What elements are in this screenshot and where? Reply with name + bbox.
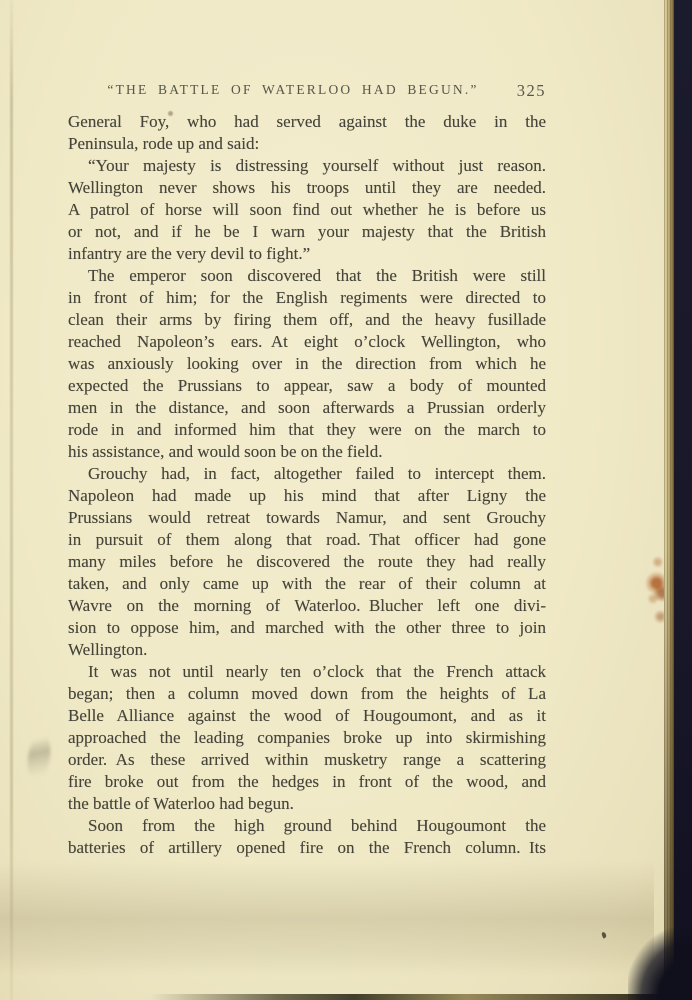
- text-line: in front of him; for the English regimen…: [68, 287, 546, 309]
- text-line: Wellington never shows his troops until …: [68, 177, 546, 199]
- text-line: men in the distance, and soon afterwards…: [68, 397, 546, 419]
- text-line: in pursuit of them along that road. That…: [68, 529, 546, 551]
- text-line: expected the Prussians to appear, saw a …: [68, 375, 546, 397]
- bottom-right-shadow: [628, 928, 692, 1000]
- text-line: It was not until nearly ten o’clock that…: [68, 661, 546, 683]
- text-line: Wellington.: [68, 639, 546, 661]
- dark-backdrop: [674, 0, 692, 1000]
- text-line: Wavre on the morning of Waterloo. Bluche…: [68, 595, 546, 617]
- text-line: Peninsula, rode up and said:: [68, 133, 546, 155]
- text-line: A patrol of horse will soon find out whe…: [68, 199, 546, 221]
- text-line: Napoleon had made up his mind that after…: [68, 485, 546, 507]
- text-line: began; then a column moved down from the…: [68, 683, 546, 705]
- text-line: was anxiously looking over in the direct…: [68, 353, 546, 375]
- smudge-mark: [25, 732, 53, 783]
- page-paper: “THE BATTLE OF WATERLOO HAD BEGUN.” 325 …: [0, 0, 674, 1000]
- page-number: 325: [517, 81, 546, 101]
- text-line: Prussians would retreat towards Namur, a…: [68, 507, 546, 529]
- header-title: “THE BATTLE OF WATERLOO HAD BEGUN.”: [68, 82, 546, 98]
- text-line: taken, and only came up with the rear of…: [68, 573, 546, 595]
- text-line: his assistance, and would soon be on the…: [68, 441, 546, 463]
- page-content: “THE BATTLE OF WATERLOO HAD BEGUN.” 325 …: [68, 82, 546, 859]
- text-line: General Foy, who had served against the …: [68, 111, 546, 133]
- text-line: Grouchy had, in fact, altogether failed …: [68, 463, 546, 485]
- text-line: fire broke out from the hedges in front …: [68, 771, 546, 793]
- text-line: reached Napoleon’s ears. At eight o’cloc…: [68, 331, 546, 353]
- text-line: order. As these arrived within musketry …: [68, 749, 546, 771]
- text-line: rode in and informed him that they were …: [68, 419, 546, 441]
- text-line: approached the leading companies broke u…: [68, 727, 546, 749]
- text-line: “Your majesty is distressing yourself wi…: [68, 155, 546, 177]
- running-header: “THE BATTLE OF WATERLOO HAD BEGUN.” 325: [68, 82, 546, 99]
- text-line: The emperor soon discovered that the Bri…: [68, 265, 546, 287]
- book-page-scan: “THE BATTLE OF WATERLOO HAD BEGUN.” 325 …: [0, 0, 692, 1000]
- text-line: many miles before he discovered the rout…: [68, 551, 546, 573]
- bottom-shadow: [0, 861, 654, 976]
- text-line: Soon from the high ground behind Hougoum…: [68, 815, 546, 837]
- text-line: sion to oppose him, and marched with the…: [68, 617, 546, 639]
- gutter-crease: [10, 0, 13, 1000]
- text-line: infantry are the very devil to fight.”: [68, 243, 546, 265]
- text-line: batteries of artillery opened fire on th…: [68, 837, 546, 859]
- page-stack-edge: [664, 0, 674, 1000]
- text-line: clean their arms by firing them off, and…: [68, 309, 546, 331]
- text-line: the battle of Waterloo had begun.: [68, 793, 546, 815]
- text-line: or not, and if he be I warn your majesty…: [68, 221, 546, 243]
- bottom-page-edge: [150, 994, 660, 1000]
- text-line: Belle Alliance against the wood of Hougo…: [68, 705, 546, 727]
- text-block: General Foy, who had served against the …: [68, 111, 546, 859]
